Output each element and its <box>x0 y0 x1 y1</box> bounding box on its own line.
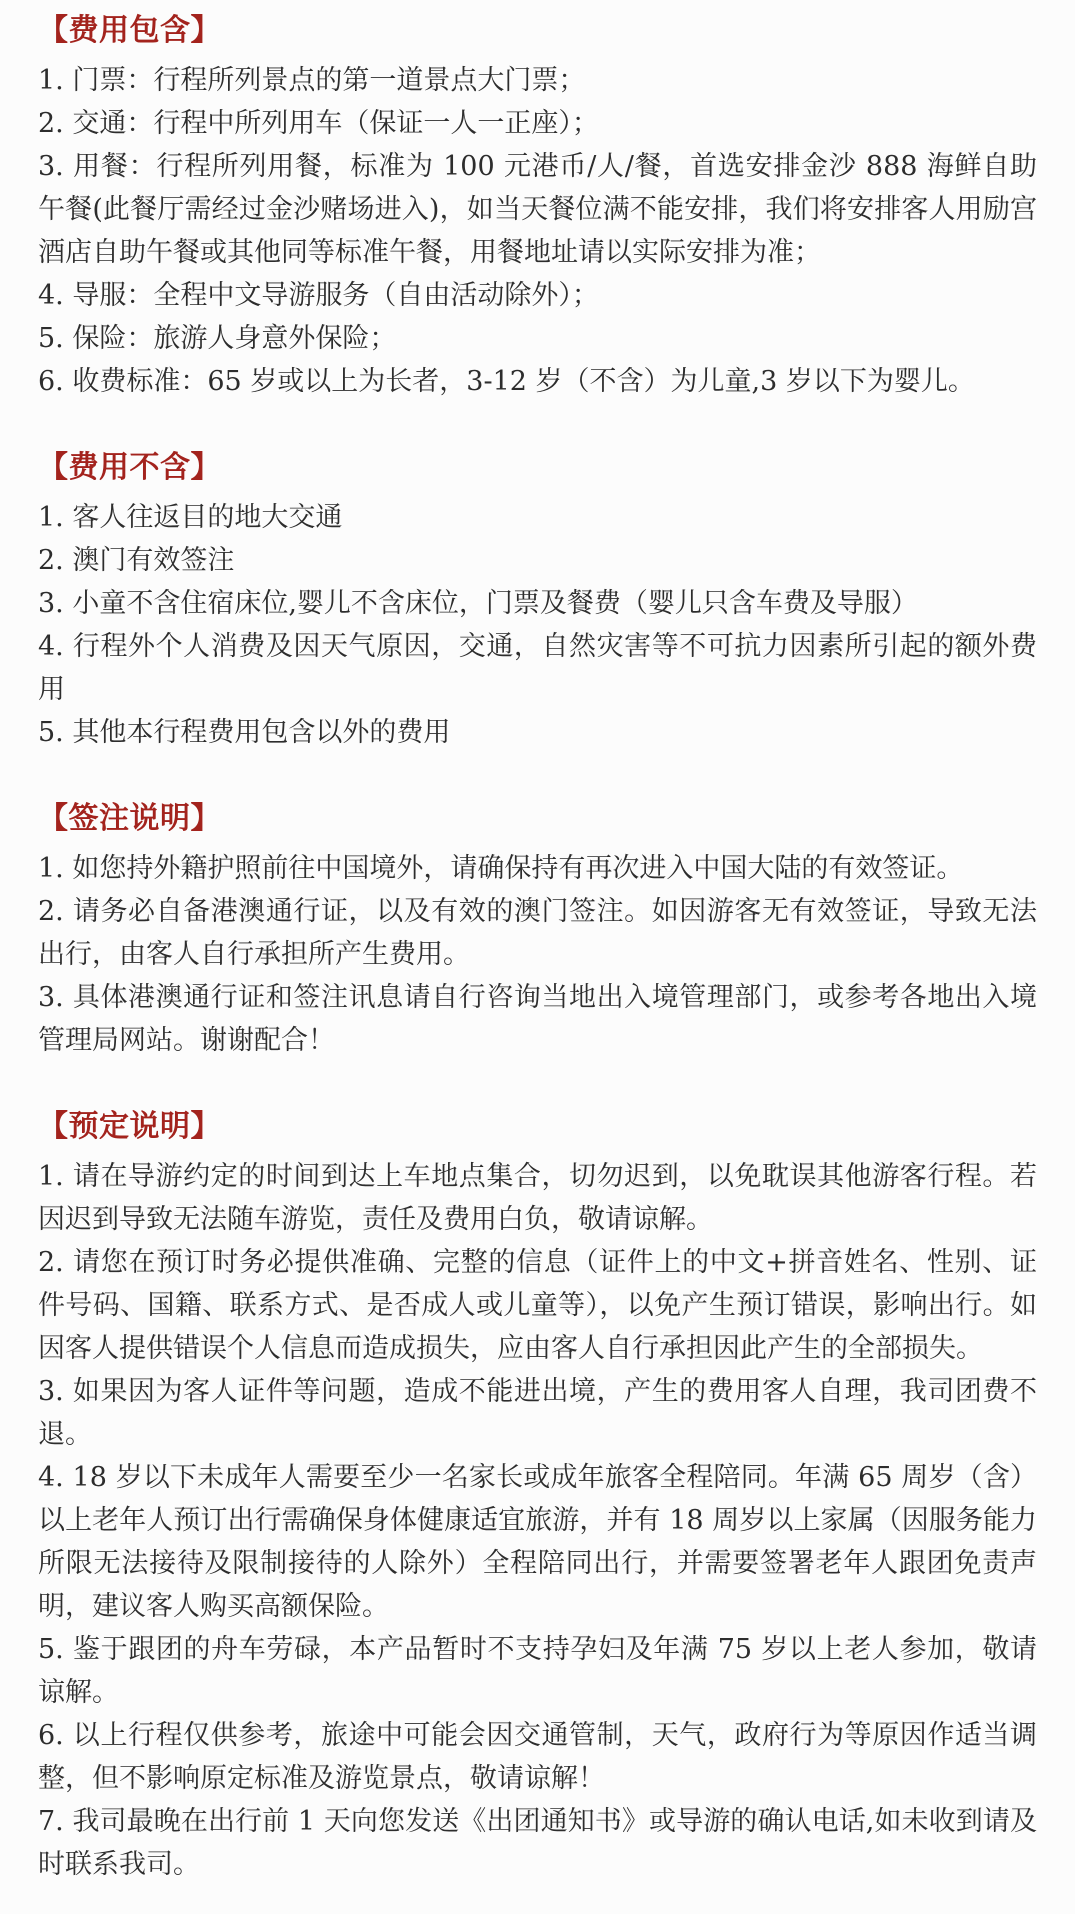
list-item: 5. 保险：旅游人身意外保险； <box>38 317 1037 360</box>
list-item: 6. 以上行程仅供参考，旅途中可能会因交通管制，天气，政府行为等原因作适当调整，… <box>38 1714 1037 1800</box>
list-item: 2. 请您在预订时务必提供准确、完整的信息（证件上的中文+拼音姓名、性别、证件号… <box>38 1241 1037 1370</box>
list-item: 7. 我司最晚在出行前 1 天向您发送《出团通知书》或导游的确认电话,如未收到请… <box>38 1800 1037 1886</box>
section-fee-included: 【费用包含】 1. 门票：行程所列景点的第一道景点大门票； 2. 交通：行程中所… <box>38 12 1037 403</box>
section-heading-fee-excluded: 【费用不含】 <box>38 449 1037 487</box>
document-page: { "document": { "type": "travel-product-… <box>0 0 1075 1914</box>
list-item: 4. 18 岁以下未成年人需要至少一名家长或成年旅客全程陪同。年满 65 周岁（… <box>38 1456 1037 1628</box>
travel-terms-document: 【费用包含】 1. 门票：行程所列景点的第一道景点大门票； 2. 交通：行程中所… <box>0 0 1075 1914</box>
list-item: 1. 门票：行程所列景点的第一道景点大门票； <box>38 59 1037 102</box>
section-visa-notes: 【签注说明】 1. 如您持外籍护照前往中国境外，请确保持有再次进入中国大陆的有效… <box>38 800 1037 1062</box>
list-item: 3. 具体港澳通行证和签注讯息请自行咨询当地出入境管理部门，或参考各地出入境管理… <box>38 976 1037 1062</box>
section-heading-booking-notes: 【预定说明】 <box>38 1108 1037 1146</box>
list-item: 1. 客人往返目的地大交通 <box>38 496 1037 539</box>
list-item: 4. 行程外个人消费及因天气原因，交通，自然灾害等不可抗力因素所引起的额外费用 <box>38 625 1037 711</box>
list-item: 3. 小童不含住宿床位,婴儿不含床位，门票及餐费（婴儿只含车费及导服） <box>38 582 1037 625</box>
list-item: 3. 如果因为客人证件等问题，造成不能进出境，产生的费用客人自理，我司团费不退。 <box>38 1370 1037 1456</box>
list-item: 3. 用餐：行程所列用餐，标准为 100 元港币/人/餐，首选安排金沙 888 … <box>38 145 1037 274</box>
list-item: 6. 收费标准：65 岁或以上为长者，3-12 岁（不含）为儿童,3 岁以下为婴… <box>38 360 1037 403</box>
list-item: 2. 请务必自备港澳通行证，以及有效的澳门签注。如因游客无有效签证，导致无法出行… <box>38 890 1037 976</box>
list-item: 4. 导服：全程中文导游服务（自由活动除外）； <box>38 274 1037 317</box>
list-item: 5. 其他本行程费用包含以外的费用 <box>38 711 1037 754</box>
list-item: 1. 如您持外籍护照前往中国境外，请确保持有再次进入中国大陆的有效签证。 <box>38 847 1037 890</box>
section-booking-notes: 【预定说明】 1. 请在导游约定的时间到达上车地点集合，切勿迟到，以免耽误其他游… <box>38 1108 1037 1886</box>
section-heading-fee-included: 【费用包含】 <box>38 12 1037 50</box>
section-heading-visa-notes: 【签注说明】 <box>38 800 1037 838</box>
list-item: 2. 澳门有效签注 <box>38 539 1037 582</box>
list-item: 2. 交通：行程中所列用车（保证一人一正座）； <box>38 102 1037 145</box>
list-item: 5. 鉴于跟团的舟车劳碌，本产品暂时不支持孕妇及年满 75 岁以上老人参加，敬请… <box>38 1628 1037 1714</box>
section-fee-excluded: 【费用不含】 1. 客人往返目的地大交通 2. 澳门有效签注 3. 小童不含住宿… <box>38 449 1037 754</box>
list-item: 1. 请在导游约定的时间到达上车地点集合，切勿迟到，以免耽误其他游客行程。若因迟… <box>38 1155 1037 1241</box>
